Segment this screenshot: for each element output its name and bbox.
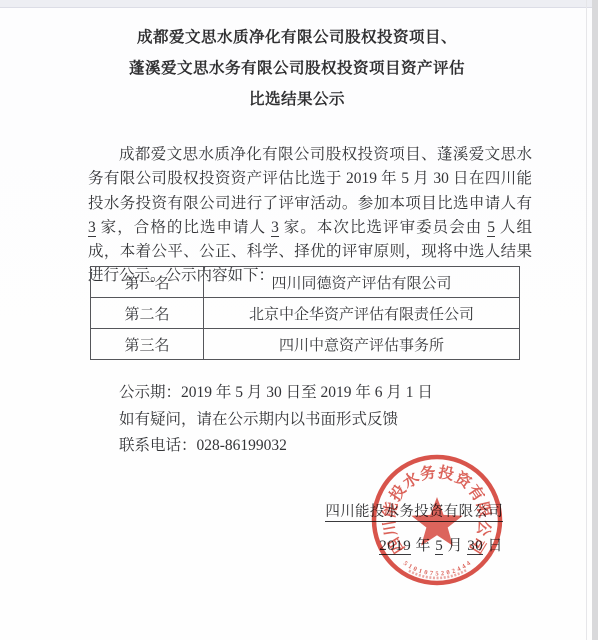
document-title: 成都爱文思水质净化有限公司股权投资项目、 蓬溪爱文思水务有限公司股权投资项目资产… (0, 22, 594, 115)
seal-char: 4 (465, 559, 472, 567)
seal-char: 限 (473, 500, 495, 520)
text-run: 3 (271, 219, 279, 237)
seal-char: 2 (441, 570, 445, 577)
scanned-document-page: 成都爱文思水质净化有限公司股权投资项目、 蓬溪爱文思水务有限公司股权投资项目资产… (0, 0, 598, 640)
text-run: 家，合格的比选申请人 (96, 219, 271, 236)
table-row-third-place: 第三名 四川中意资产评估事务所 (91, 329, 520, 360)
rank-cell: 第二名 (91, 298, 204, 329)
seal-char: 5 (435, 571, 439, 578)
seal-graphic: 四川能投水务投资有限公司 5101075202444 (367, 450, 507, 590)
seal-char: 7 (429, 570, 434, 577)
text-run: 5 (487, 219, 495, 237)
note-feedback: 如有疑问，请在公示期内以书面形式反馈 (119, 407, 549, 434)
seal-char: 川 (380, 519, 400, 537)
seal-char: 0 (423, 569, 428, 577)
text-run: 家。本次比选评审委员会由 (279, 219, 487, 236)
text-run: 3 (88, 219, 96, 237)
table-row-second-place: 第二名 北京中企华资产评估有限责任公司 (91, 298, 520, 329)
company-cell: 北京中企华资产评估有限责任公司 (204, 298, 520, 329)
company-seal-stamp: 四川能投水务投资有限公司 5101075202444 (367, 450, 507, 590)
title-line-2: 蓬溪爱文思水务有限公司股权投资项目资产评估 (0, 53, 594, 84)
seal-char: 司 (466, 534, 490, 557)
seal-char: 0 (412, 565, 418, 573)
title-line-1: 成都爱文思水质净化有限公司股权投资项目、 (0, 22, 594, 53)
seal-char: 0 (446, 569, 451, 577)
text-run: 成都爱文思水质净化有限公司股权投资项目、蓬溪爱文思水务有限公司股权投资资产评估比… (88, 146, 532, 212)
seal-char: 务 (418, 462, 437, 484)
seal-code-digits: 5101075202444 (402, 559, 473, 577)
table-row-first-place: 第一名 四川同德资产评估有限公司 (91, 267, 520, 298)
rank-cell: 第三名 (91, 329, 204, 360)
seal-char: 2 (451, 568, 456, 576)
scan-edge-top (0, 0, 598, 8)
seal-char: 1 (418, 568, 423, 576)
result-table: 第一名 四川同德资产评估有限公司 第二名 北京中企华资产评估有限责任公司 第三名… (90, 266, 520, 360)
notes-block: 公示期：2019 年 5 月 30 日至 2019 年 6 月 1 日 如有疑问… (119, 380, 549, 460)
company-cell: 四川同德资产评估有限公司 (204, 267, 520, 298)
rank-cell: 第一名 (91, 267, 204, 298)
company-cell: 四川中意资产评估事务所 (204, 329, 520, 360)
star-icon (411, 497, 462, 546)
title-line-3: 比选结果公示 (0, 84, 594, 115)
note-publicity-period: 公示期：2019 年 5 月 30 日至 2019 年 6 月 1 日 (119, 380, 549, 407)
